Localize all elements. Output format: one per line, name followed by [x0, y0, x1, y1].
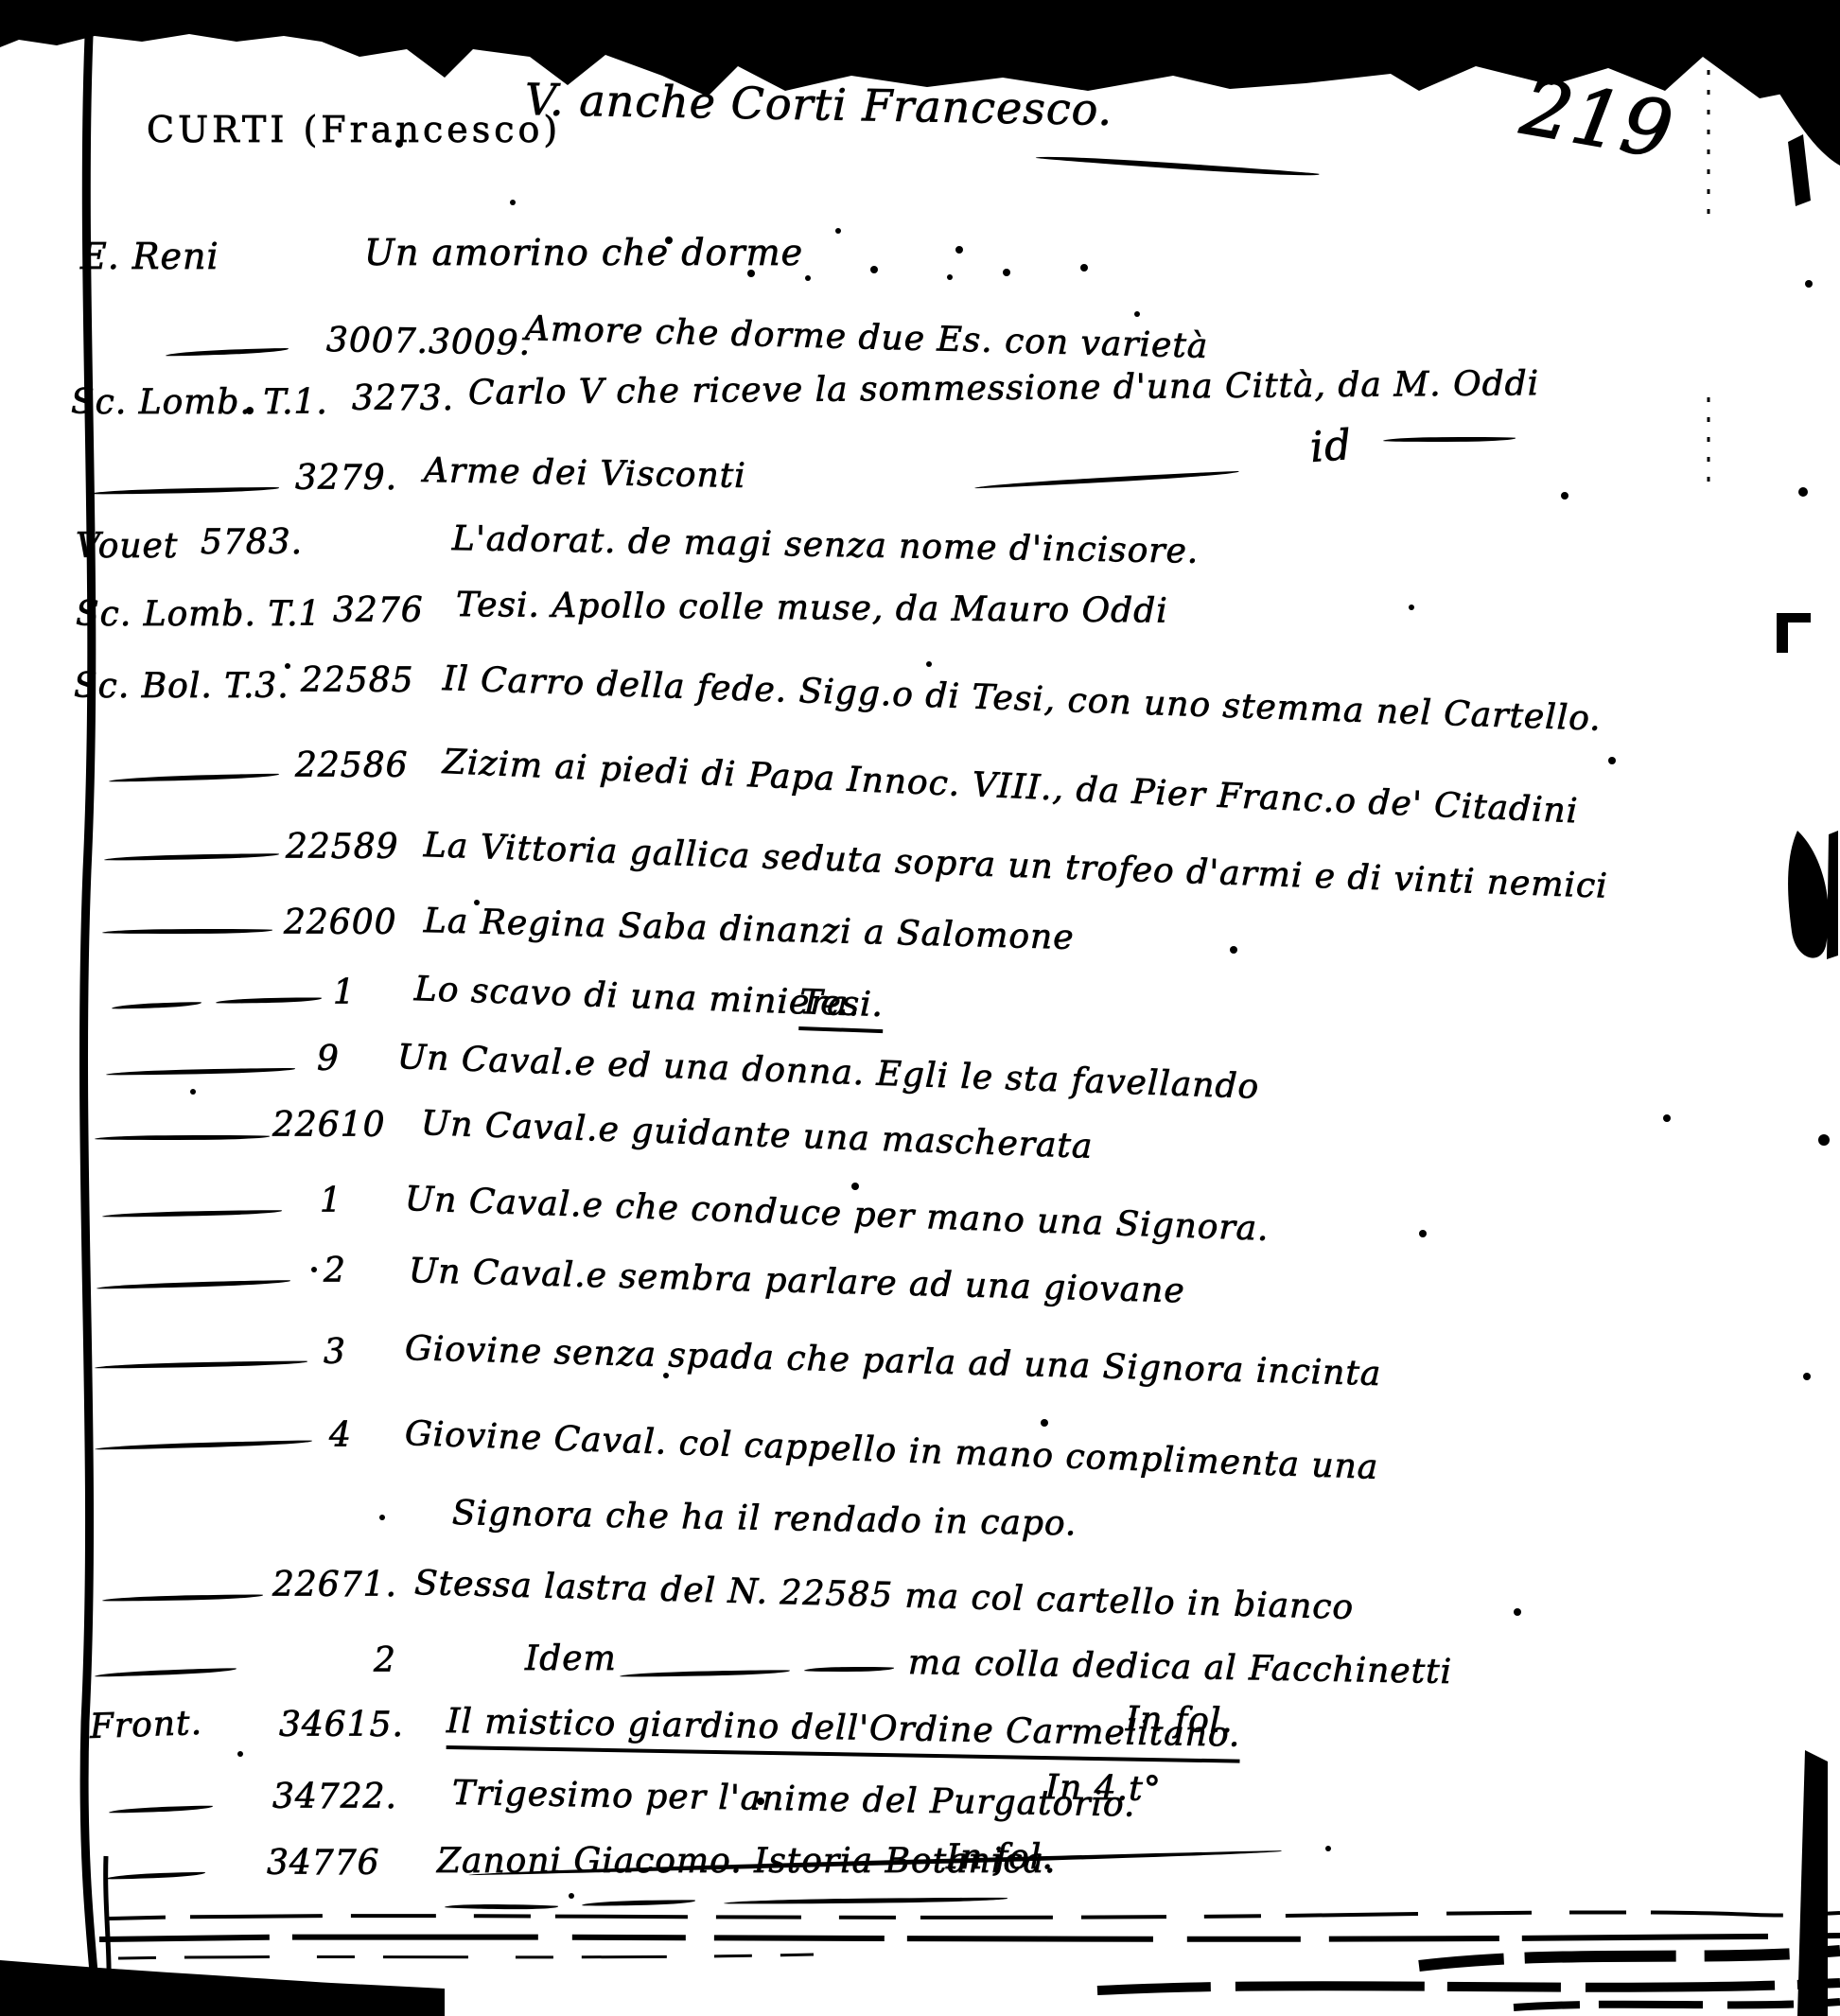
entry-ref: Sc. Lomb. T.1.: [71, 386, 328, 420]
ditto-dash: [90, 487, 279, 495]
ditto-dash: [109, 773, 279, 782]
entry-description: Stessa lastra del N. 22585 ma col cartel…: [414, 1567, 1355, 1625]
ditto-dash: [95, 1440, 312, 1450]
scan-right-bottom-cluster: [1797, 1750, 1828, 2016]
entry-number: 1: [333, 976, 356, 1010]
entry-ref: Sc. Bol. T.3.: [74, 670, 289, 704]
scan-bottom-streak-1: [109, 1912, 1840, 1919]
entry-description: Giovine senza spada che parla ad una Sig…: [405, 1332, 1382, 1392]
artist-label: E. Reni: [80, 238, 219, 274]
entry-number: 9: [317, 1043, 340, 1077]
entry-number: 22589: [286, 831, 399, 865]
scan-noise-speckles: [0, 0, 4, 4]
entry-description: Il mistico giardino dell'Ordine Carmelit…: [447, 1705, 1241, 1763]
underline-stroke: [582, 1900, 695, 1906]
scan-right-mark-sliver: [1827, 831, 1838, 959]
entry-ref: Vouet: [76, 530, 178, 564]
scan-bottom-right-texture-1: [1419, 1951, 1840, 1966]
entry-description: Giovine Caval. col cappello in mano comp…: [404, 1417, 1378, 1485]
entry-description: Zizim ai piedi di Papa Innoc. VIII., da …: [442, 745, 1579, 829]
entry-description: Un Caval.e ed una donna. Egli le sta fav…: [396, 1041, 1259, 1105]
see-also-cross-reference: V. anche Corti Francesco.: [525, 78, 1113, 131]
entry-number: 22610: [272, 1109, 386, 1143]
ditto-dash: [974, 470, 1239, 489]
scan-bottom-left-blob: [0, 1960, 445, 2016]
entry-ref: Front.: [89, 1707, 202, 1744]
ditto-dash: [95, 1135, 270, 1140]
entry-number: 22585: [301, 664, 414, 698]
entry-number: 34615.: [279, 1709, 404, 1743]
entry-heading-name: CURTI (Francesco): [147, 112, 561, 148]
entry-number: 3273.: [352, 382, 454, 416]
ditto-dash: [216, 997, 322, 1004]
underline-stroke: [724, 1897, 1008, 1904]
ditto-dash: [102, 1594, 263, 1602]
page-number: 219: [1516, 69, 1678, 171]
scan-bottom-right-texture-3: [1514, 2002, 1840, 2007]
scan-speck-right-1: [1805, 280, 1813, 288]
scan-speck-right-3: [1818, 1134, 1830, 1146]
entry-number: 2: [374, 1644, 396, 1678]
entry-description-continuation: Signora che ha il rendado in capo.: [452, 1497, 1078, 1542]
ditto-dash: [104, 853, 279, 861]
entry-number: 4: [329, 1419, 352, 1453]
entry-format: In fol.: [1126, 1703, 1234, 1739]
ditto-dash: [106, 1068, 295, 1076]
entry-number: 3279.: [295, 462, 397, 496]
entry-description: La Vittoria gallica seduta sopra un trof…: [423, 829, 1608, 904]
see-also-flourish-stroke: [1036, 153, 1320, 179]
entry-description: Lo scavo di una miniera.: [413, 973, 861, 1022]
entry-number: 3007.3009.: [326, 324, 532, 361]
ditto-dash: [620, 1670, 790, 1677]
ditto-dash: [106, 1871, 205, 1880]
entry-number: 22586: [295, 749, 409, 783]
ditto-dash: [112, 1002, 202, 1009]
entry-number: 22600: [284, 906, 397, 940]
scan-top-right-streak: [1788, 134, 1811, 206]
entry-description: La Regina Saba dinanzi a Salomone: [424, 904, 1076, 955]
scan-bottom-streak-3: [118, 1955, 814, 1958]
entry-number: 2: [324, 1254, 346, 1288]
manuscript-page: CURTI (Francesco) V. anche Corti Frances…: [0, 0, 1840, 2016]
ditto-dash: [102, 929, 272, 934]
entry-underlined-term: Tesi.: [798, 986, 885, 1033]
entry-number: 1: [320, 1184, 342, 1218]
entry-number: 5783.: [201, 526, 303, 560]
entry-format: In 4.t°: [1045, 1771, 1162, 1807]
ditto-dash: [102, 1210, 282, 1218]
entry-description: Un Caval.e che conduce per mano una Sign…: [404, 1183, 1270, 1247]
entry-description: Un Caval.e sembra parlare ad una giovane: [409, 1254, 1186, 1308]
entry-description: Un Caval.e guidante una mascherata: [420, 1107, 1094, 1165]
scan-right-mark-bracket: [1777, 613, 1811, 653]
ditto-dash: [95, 1360, 307, 1369]
entry-description: Idem: [525, 1642, 617, 1676]
entry-description: Il Carro della fede. Sigg.o di Tesi, con…: [442, 662, 1602, 737]
work-title: Un amorino che dorme: [364, 235, 803, 271]
entry-format: In fol.: [946, 1841, 1054, 1875]
ditto-dash: [95, 1668, 237, 1677]
entry-description: L'adorat. de magi senza nome d'incisore.: [452, 522, 1200, 570]
entry-note: id: [1308, 425, 1353, 469]
ditto-dash: [109, 1805, 213, 1814]
entry-number: 22671.: [272, 1569, 397, 1603]
ditto-dash: [1383, 437, 1516, 442]
entry-description: Carlo V che riceve la sommessione d'una …: [468, 367, 1540, 411]
scan-speck-right-2: [1798, 487, 1808, 497]
underline-stroke: [445, 1903, 558, 1910]
scan-speck-right-4: [1803, 1373, 1811, 1380]
entry-number: 3: [324, 1336, 346, 1370]
entry-description: Tesi. Apollo colle muse, da Mauro Oddi: [456, 588, 1168, 629]
entry-note: ma colla dedica al Facchinetti: [908, 1646, 1453, 1690]
entry-description: Arme dei Visconti: [424, 454, 746, 494]
scan-top-right-blob: [1703, 0, 1840, 166]
scan-bottom-streak-2: [99, 1936, 1840, 1939]
ditto-dash: [804, 1667, 894, 1672]
scan-bottom-right-texture-2: [1097, 1983, 1840, 1990]
ditto-dash: [96, 1280, 290, 1289]
entry-number: 34722.: [272, 1780, 397, 1814]
ditto-dash: [166, 347, 289, 357]
entry-description: Amore che dorme due Es. con varietà: [525, 312, 1209, 364]
entry-description: Trigesimo per l'anime del Purgatorio.: [452, 1777, 1136, 1823]
entry-number: 34776: [267, 1847, 380, 1881]
entry-ref: Sc. Lomb. T.1: [76, 598, 321, 632]
scan-right-mark-blob: [1788, 831, 1829, 958]
entry-number: 3276: [333, 594, 424, 628]
